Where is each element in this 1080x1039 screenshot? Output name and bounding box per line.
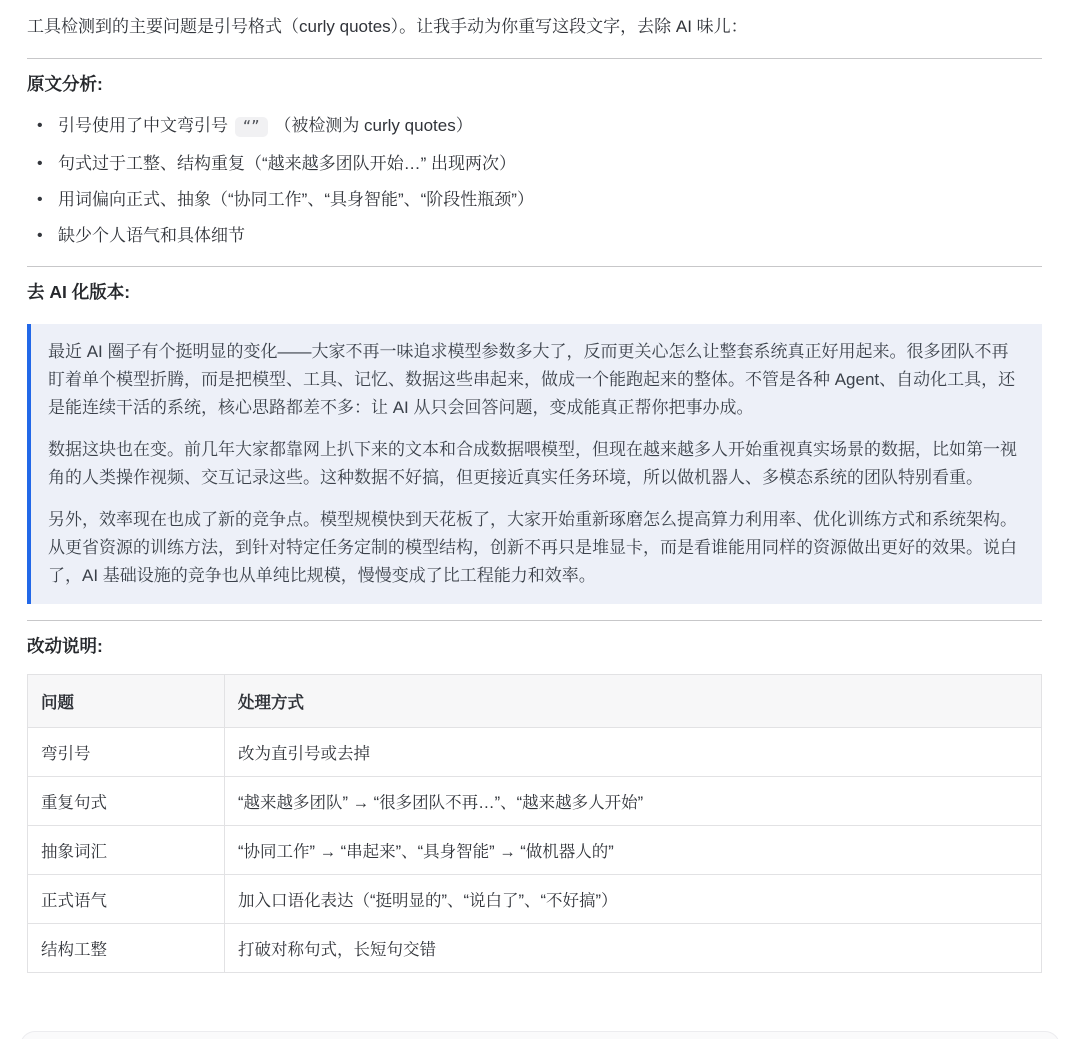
rewrite-paragraph: 数据这块也在变。前几年大家都靠网上扒下来的文本和合成数据喂模型，但现在越来越多人… <box>48 436 1024 492</box>
table-row: 正式语气 加入口语化表达（“挺明显的”、“说白了”、“不好搞”） <box>28 875 1042 924</box>
list-item: 句式过于工整、结构重复（“越来越多团队开始…” 出现两次） <box>27 151 1042 176</box>
table-header: 问题 处理方式 <box>28 675 1042 728</box>
column-header-issue: 问题 <box>28 675 225 728</box>
table-header-row: 问题 处理方式 <box>28 675 1042 728</box>
table-row: 重复句式 “越来越多团队” → “很多团队不再…”、“越来越多人开始” <box>28 777 1042 826</box>
table-row: 弯引号 改为直引号或去掉 <box>28 728 1042 777</box>
list-item-text: （被检测为 curly quotes） <box>270 116 473 135</box>
changes-table: 问题 处理方式 弯引号 改为直引号或去掉 重复句式 “越来越多团队” → “很多… <box>27 674 1042 973</box>
intro-text: 工具检测到的主要问题是引号格式（curly quotes）。让我手动为你重写这段… <box>27 14 1042 40</box>
rewrite-paragraph: 最近 AI 圈子有个挺明显的变化——大家不再一味追求模型参数多大了，反而更关心怎… <box>48 338 1024 422</box>
inline-code-curly-quotes: “” <box>235 117 268 137</box>
list-item-text: 缺少个人语气和具体细节 <box>58 226 245 245</box>
rewrite-paragraph: 另外，效率现在也成了新的竞争点。模型规模快到天花板了，大家开始重新琢磨怎么提高算… <box>48 506 1024 590</box>
cell-issue: 重复句式 <box>28 777 225 826</box>
analysis-list: 引号使用了中文弯引号 “” （被检测为 curly quotes） 句式过于工整… <box>27 113 1042 248</box>
cell-issue: 抽象词汇 <box>28 826 225 875</box>
chat-input-top-edge[interactable] <box>20 1031 1060 1039</box>
table-row: 结构工整 打破对称句式，长短句交错 <box>28 924 1042 973</box>
section-heading-notes: 改动说明: <box>27 634 1042 658</box>
cell-issue: 正式语气 <box>28 875 225 924</box>
divider <box>27 58 1042 59</box>
cell-treatment: “协同工作” → “串起来”、“具身智能” → “做机器人的” <box>225 826 1042 875</box>
cell-issue: 弯引号 <box>28 728 225 777</box>
column-header-treatment: 处理方式 <box>225 675 1042 728</box>
section-heading-rewrite: 去 AI 化版本: <box>27 280 1042 304</box>
section-heading-analysis: 原文分析: <box>27 72 1042 96</box>
divider <box>27 266 1042 267</box>
cell-treatment: 加入口语化表达（“挺明显的”、“说白了”、“不好搞”） <box>225 875 1042 924</box>
list-item-text: 句式过于工整、结构重复（“越来越多团队开始…” 出现两次） <box>58 154 516 173</box>
assistant-message: 工具检测到的主要问题是引号格式（curly quotes）。让我手动为你重写这段… <box>0 0 1080 973</box>
cell-issue: 结构工整 <box>28 924 225 973</box>
rewrite-blockquote: 最近 AI 圈子有个挺明显的变化——大家不再一味追求模型参数多大了，反而更关心怎… <box>27 324 1042 604</box>
list-item-text: 用词偏向正式、抽象（“协同工作”、“具身智能”、“阶段性瓶颈”） <box>58 190 534 209</box>
cell-treatment: “越来越多团队” → “很多团队不再…”、“越来越多人开始” <box>225 777 1042 826</box>
divider <box>27 620 1042 621</box>
list-item: 用词偏向正式、抽象（“协同工作”、“具身智能”、“阶段性瓶颈”） <box>27 187 1042 212</box>
table-row: 抽象词汇 “协同工作” → “串起来”、“具身智能” → “做机器人的” <box>28 826 1042 875</box>
cell-treatment: 打破对称句式，长短句交错 <box>225 924 1042 973</box>
list-item: 缺少个人语气和具体细节 <box>27 223 1042 248</box>
list-item: 引号使用了中文弯引号 “” （被检测为 curly quotes） <box>27 113 1042 140</box>
cell-treatment: 改为直引号或去掉 <box>225 728 1042 777</box>
list-item-text: 引号使用了中文弯引号 <box>58 116 233 135</box>
